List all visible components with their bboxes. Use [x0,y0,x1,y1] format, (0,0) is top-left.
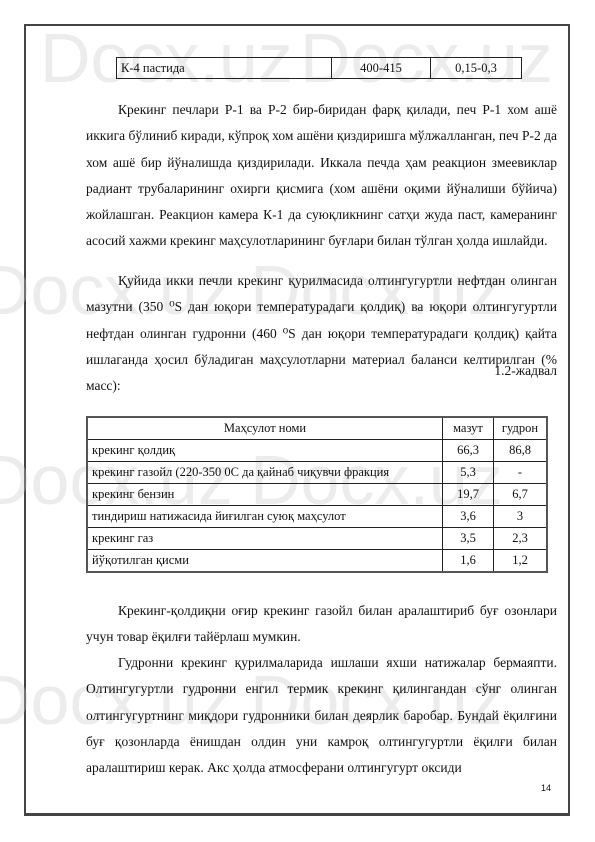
table-cell: крекинг газ [87,528,443,550]
table-row: крекинг газ 3,5 2,3 [87,528,547,550]
table-row: К-4 пастида 400-415 0,15-0,3 [117,58,522,79]
table-cell: К-4 пастида [117,58,332,79]
table-cell: йўқотилган қисми [87,550,443,573]
table-cell: 6,7 [494,484,548,506]
top-table: К-4 пастида 400-415 0,15-0,3 [116,57,522,79]
table-cell: крекинг газойл (220-350 0С да қайнаб чиқ… [87,462,443,484]
paragraph-cracking-residue: Крекинг-қолдиқни оғир крекинг газойл бил… [86,598,557,651]
table-cell: 19,7 [443,484,494,506]
column-header-mazut: мазут [443,417,494,440]
table-row: крекинг газойл (220-350 0С да қайнаб чиқ… [87,462,547,484]
table-cell: 3 [494,506,548,528]
table-cell: 3,5 [443,528,494,550]
table-row: крекинг қолдиқ 66,3 86,8 [87,440,547,462]
table-header-row: Маҳсулот номи мазут гудрон [87,417,547,440]
table-cell: - [494,462,548,484]
table-cell: 66,3 [443,440,494,462]
column-header-product: Маҳсулот номи [87,417,443,440]
table-cell: 2,3 [494,528,548,550]
table-cell: крекинг қолдиқ [87,440,443,462]
table-cell: 86,8 [494,440,548,462]
table-cell: крекинг бензин [87,484,443,506]
table-cell: 5,3 [443,462,494,484]
table-caption: 1.2-жадвал [494,363,557,379]
table-cell: 0,15-0,3 [431,58,522,79]
paragraph-balance-intro: Қуйида икки печли крекинг қурилмасида ол… [86,268,557,399]
table-row: тиндириш натижасида йиғилган суюқ маҳсул… [87,506,547,528]
table-cell: 1,2 [494,550,548,573]
paragraph-gudron: Гудронни крекинг қурилмаларида ишлаши ях… [86,650,557,781]
table-cell: 1,6 [443,550,494,573]
table-row: крекинг бензин 19,7 6,7 [87,484,547,506]
column-header-gudron: гудрон [494,417,548,440]
table-cell: 400-415 [332,58,431,79]
table-cell: 3,6 [443,506,494,528]
page-number: 14 [541,783,551,793]
table-row: йўқотилган қисми 1,6 1,2 [87,550,547,573]
material-balance-table: Маҳсулот номи мазут гудрон крекинг қолди… [86,416,548,573]
paragraph-furnaces: Крекинг печлари Р-1 ва Р-2 бир-биридан ф… [86,97,557,255]
table-cell: тиндириш натижасида йиғилган суюқ маҳсул… [87,506,443,528]
